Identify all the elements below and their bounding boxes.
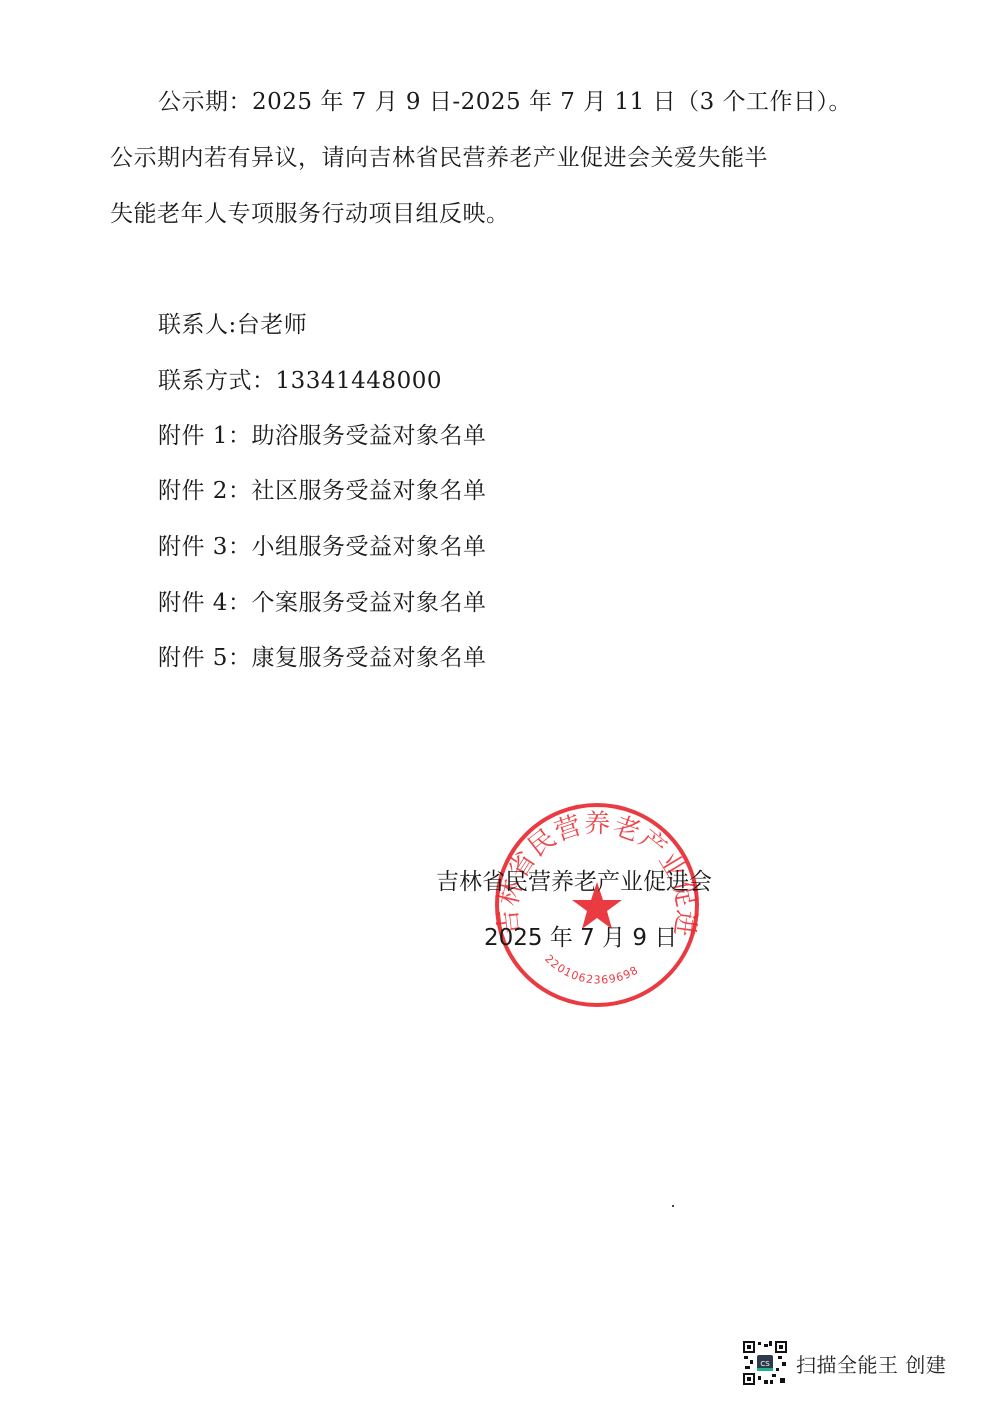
contact-person: 联系人:台老师 xyxy=(158,311,307,339)
svg-text:CS: CS xyxy=(760,1360,770,1368)
attachment-item: 附件 3：小组服务受益对象名单 xyxy=(158,533,486,561)
official-seal: 吉林省民营养老产业促进会 2201062369698 xyxy=(492,800,702,1010)
attachment-item: 附件 5：康复服务受益对象名单 xyxy=(158,644,486,672)
watermark-text: 扫描全能王 创建 xyxy=(796,1349,946,1378)
attachment-item: 附件 2：社区服务受益对象名单 xyxy=(158,477,486,505)
scan-speck xyxy=(672,1205,674,1207)
qr-code-icon: CS xyxy=(742,1340,788,1386)
signing-date: 2025 年 7 月 9 日 xyxy=(484,924,677,952)
svg-text:2201062369698: 2201062369698 xyxy=(542,952,641,986)
attachment-item: 附件 4：个案服务受益对象名单 xyxy=(158,589,486,617)
seal-icon: 吉林省民营养老产业促进会 2201062369698 xyxy=(492,800,702,1010)
camscanner-watermark: CS 扫描全能王 创建 xyxy=(742,1340,946,1386)
attachment-item: 附件 1：助浴服务受益对象名单 xyxy=(158,422,486,450)
contact-method: 联系方式：13341448000 xyxy=(158,367,442,395)
objection-text-line-2: 失能老年人专项服务行动项目组反映。 xyxy=(110,200,510,228)
publicity-period: 公示期：2025 年 7 月 9 日-2025 年 7 月 11 日（3 个工作… xyxy=(158,88,852,116)
objection-text-line-1: 公示期内若有异议，请向吉林省民营养老产业促进会关爱失能半 xyxy=(110,144,768,172)
signing-organization: 吉林省民营养老产业促进会 xyxy=(436,868,712,896)
